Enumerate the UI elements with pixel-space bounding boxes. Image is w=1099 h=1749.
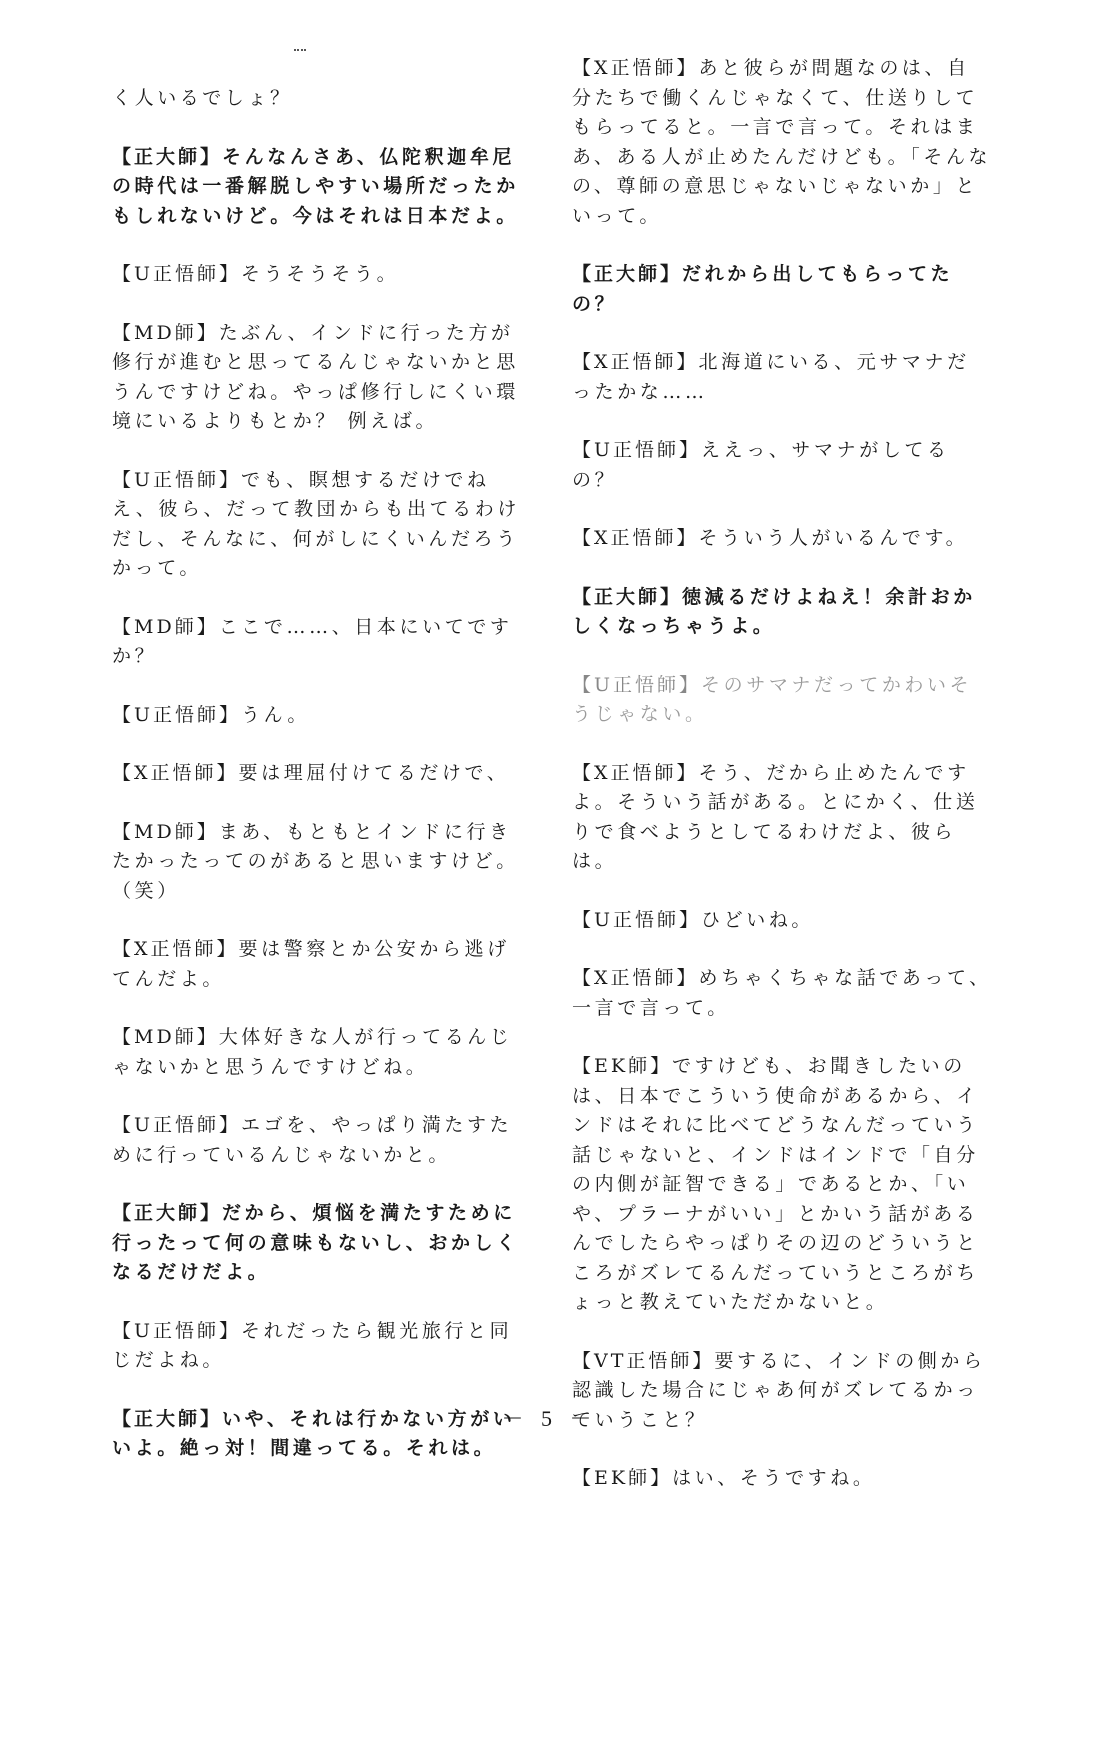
dialogue-line: 【U正悟師】でも、瞑想するだけでねえ、彼ら、だって教団からも出てるわけだし、そん… [112, 466, 532, 584]
dialogue-line: 【X正悟師】要は警察とか公安から逃げてんだよ。 [112, 935, 532, 994]
speaker-label: 【正大師】 [572, 586, 682, 608]
speaker-label: 【MD師】 [112, 821, 219, 843]
scan-artifact [294, 49, 306, 54]
speaker-label: 【U正悟師】 [572, 674, 701, 696]
dialogue-line: 【MD師】ここで……、日本にいてですか？ [112, 613, 532, 672]
dialogue-line: 【X正悟師】あと彼らが問題なのは、自分たちで働くんじゃなくて、仕送りしてもらって… [572, 54, 992, 231]
speaker-label: 【X正悟師】 [572, 351, 699, 373]
dialogue-text: はい、そうですね。 [672, 1467, 875, 1489]
speaker-label: 【MD師】 [112, 616, 219, 638]
speaker-label: 【正大師】 [112, 1202, 222, 1224]
dialogue-line: 【正大師】そんなんさあ、仏陀釈迦牟尼の時代は一番解脱しやすい場所だったかもしれな… [112, 143, 532, 232]
dialogue-line: 【EK師】はい、そうですね。 [572, 1464, 992, 1494]
speaker-label: 【X正悟師】 [112, 938, 239, 960]
dialogue-line: 【MD師】まあ、もともとインドに行きたかったってのがあると思いますけど。（笑） [112, 818, 532, 907]
speaker-label: 【U正悟師】 [572, 439, 701, 461]
dialogue-line: 【U正悟師】そのサマナだってかわいそうじゃない。 [572, 671, 992, 730]
speaker-label: 【X正悟師】 [112, 762, 239, 784]
speaker-label: 【EK師】 [572, 1055, 672, 1077]
dialogue-line: 【U正悟師】エゴを、やっぱり満たすために行っているんじゃないかと。 [112, 1111, 532, 1170]
dialogue-line: 【X正悟師】そういう人がいるんです。 [572, 524, 992, 554]
speaker-label: 【U正悟師】 [112, 704, 241, 726]
dialogue-text: 要は理屈付けてるだけで、 [239, 762, 510, 784]
speaker-label: 【U正悟師】 [112, 469, 241, 491]
dialogue-line: 【X正悟師】要は理屈付けてるだけで、 [112, 759, 532, 789]
speaker-label: 【X正悟師】 [572, 527, 699, 549]
dialogue-text: あと彼らが問題なのは、自分たちで働くんじゃなくて、仕送りしてもらってると。一言で… [572, 57, 991, 227]
dialogue-line: 【EK師】ですけども、お聞きしたいのは、日本でこういう使命があるから、インドはそ… [572, 1052, 992, 1318]
speaker-label: 【X正悟師】 [572, 762, 699, 784]
speaker-label: 【U正悟師】 [112, 1114, 241, 1136]
dialogue-text: ひどいね。 [701, 909, 814, 931]
speaker-label: 【EK師】 [572, 1467, 672, 1489]
left-column: く人いるでしょ？ 【正大師】そんなんさあ、仏陀釈迦牟尼の時代は一番解脱しやすい場… [112, 84, 532, 1493]
dialogue-line: 【X正悟師】そう、だから止めたんですよ。そういう話がある。とにかく、仕送りで食べ… [572, 759, 992, 877]
dialogue-line: 【X正悟師】めちゃくちゃな話であって、一言で言って。 [572, 964, 992, 1023]
dialogue-line: 【正大師】だから、煩悩を満たすために行ったって何の意味もないし、おかしくなるだけ… [112, 1199, 532, 1288]
dialogue-text: く人いるでしょ？ [112, 87, 293, 109]
speaker-label: 【MD師】 [112, 322, 219, 344]
dialogue-line: 【U正悟師】そうそうそう。 [112, 260, 532, 290]
dialogue-line: 【U正悟師】ええっ、サマナがしてるの？ [572, 436, 992, 495]
speaker-label: 【U正悟師】 [112, 263, 241, 285]
speaker-label: 【U正悟師】 [572, 909, 701, 931]
speaker-label: 【X正悟師】 [572, 57, 699, 79]
dialogue-line: 【U正悟師】ひどいね。 [572, 906, 992, 936]
speaker-label: 【正大師】 [572, 263, 682, 285]
speaker-label: 【VT正悟師】 [572, 1350, 714, 1372]
dialogue-text: そうそうそう。 [241, 263, 399, 285]
dialogue-line: 【X正悟師】北海道にいる、元サマナだったかな…… [572, 348, 992, 407]
dialogue-text: うん。 [241, 704, 310, 726]
dialogue-line: 【MD師】大体好きな人が行ってるんじゃないかと思うんですけどね。 [112, 1023, 532, 1082]
speaker-label: 【U正悟師】 [112, 1320, 241, 1342]
dialogue-text: そういう人がいるんです。 [699, 527, 969, 549]
dialogue-line: 【U正悟師】それだったら観光旅行と同じだよね。 [112, 1317, 532, 1376]
speaker-label: 【正大師】 [112, 146, 222, 168]
right-column: 【X正悟師】あと彼らが問題なのは、自分たちで働くんじゃなくて、仕送りしてもらって… [572, 54, 992, 1523]
speaker-label: 【MD師】 [112, 1026, 219, 1048]
dialogue-line: 【MD師】たぶん、インドに行った方が修行が進むと思ってるんじゃないかと思うんです… [112, 319, 532, 437]
dialogue-line: 【U正悟師】うん。 [112, 701, 532, 731]
dialogue-line: 【正大師】徳減るだけよねえ！余計おかしくなっちゃうよ。 [572, 583, 992, 642]
dialogue-line: く人いるでしょ？ [112, 84, 532, 114]
dialogue-text: ですけども、お聞きしたいのは、日本でこういう使命があるから、インドはそれに比べて… [572, 1055, 979, 1313]
page-number: － 5 － [0, 1402, 1099, 1433]
speaker-label: 【X正悟師】 [572, 967, 699, 989]
dialogue-line: 【正大師】だれから出してもらってたの？ [572, 260, 992, 319]
